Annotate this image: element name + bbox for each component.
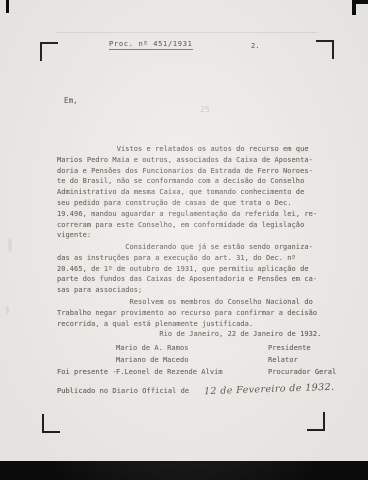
page-top-edge-line xyxy=(55,32,317,33)
procurador-role: Procurador Geral xyxy=(268,368,336,376)
registration-corner-top-left xyxy=(40,42,58,61)
page-number: 2. xyxy=(251,42,260,50)
president-role: Presidente xyxy=(268,344,311,352)
margin-note: Em, xyxy=(64,96,78,105)
scan-smudge xyxy=(8,238,12,252)
publication-label: Publicado no Diario Official de xyxy=(57,387,189,395)
procurador-prefix: Foi presente - xyxy=(57,368,117,376)
registration-corner-bottom-left xyxy=(42,414,60,433)
handwritten-publication-date: 12 de Fevereiro de 1932. xyxy=(204,382,335,398)
paragraph-recourse-statement: Vistos e relatados os autos do recurso e… xyxy=(57,144,317,241)
scanned-document-page: Proc. nº 451/1931 2. Em, 25 Vistos e rel… xyxy=(0,0,368,480)
publication-line: Publicado no Diario Official de 12 de Fe… xyxy=(57,378,334,397)
signature-row-president: Mario de A. Ramos Presidente xyxy=(57,344,319,355)
registration-corner-top-right xyxy=(316,40,334,59)
paragraph-resolution-and-date: Resolvem os membros do Conselho Nacional… xyxy=(57,297,321,340)
president-name: Mario de A. Ramos xyxy=(116,344,189,352)
scan-smudge xyxy=(6,306,9,314)
signature-row-relator: Mariano de Macedo Relator xyxy=(57,356,319,367)
relator-role: Relator xyxy=(268,356,298,364)
film-bottom-bar xyxy=(0,461,368,480)
pencil-page-marker: 25 xyxy=(200,105,210,114)
film-edge-mark-top-left xyxy=(6,0,9,13)
process-number: Proc. nº 451/1931 xyxy=(109,40,193,50)
registration-corner-bottom-right xyxy=(307,412,325,431)
relator-name: Mariano de Macedo xyxy=(116,356,189,364)
procurador-name: F.Leonel de Rezende Alvim xyxy=(116,368,223,376)
paragraph-considerando: Considerando que já se estão sendo organ… xyxy=(57,242,317,296)
film-corner-mark-top-right-bar xyxy=(352,0,368,4)
